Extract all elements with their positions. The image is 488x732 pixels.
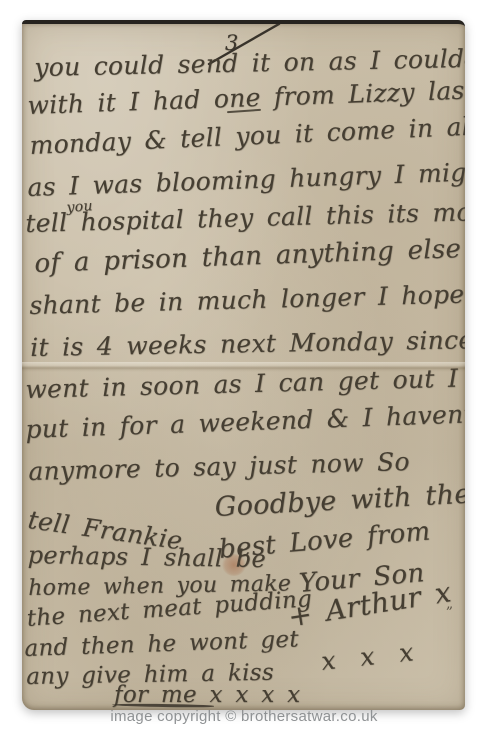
closing-and-then: and then he wont get (24, 626, 299, 662)
letter-line: put in for a weekend & I havent (25, 400, 465, 444)
fold-crease (22, 362, 465, 372)
ink-speck: „ (446, 596, 453, 612)
scanned-letter-page: 3 you could send it on as I coulddo with… (0, 0, 488, 732)
letter-line: shant be in much longer I hope as (29, 280, 465, 321)
copyright-caption: image copyright © brothersatwar.co.uk (0, 708, 488, 725)
signature-kisses: x x x (320, 638, 421, 677)
closing-best-love: best Love from (218, 518, 432, 566)
inserted-word: you (66, 198, 93, 216)
letter-line: as I was blooming hungry I might (27, 158, 465, 203)
letter-line: anymore to say just now So (28, 448, 410, 487)
letter-paper: 3 you could send it on as I coulddo with… (22, 20, 465, 710)
letter-line: of a prison than anything else & (34, 234, 465, 280)
letter-line: it is 4 weeks next Monday since I (30, 326, 465, 363)
